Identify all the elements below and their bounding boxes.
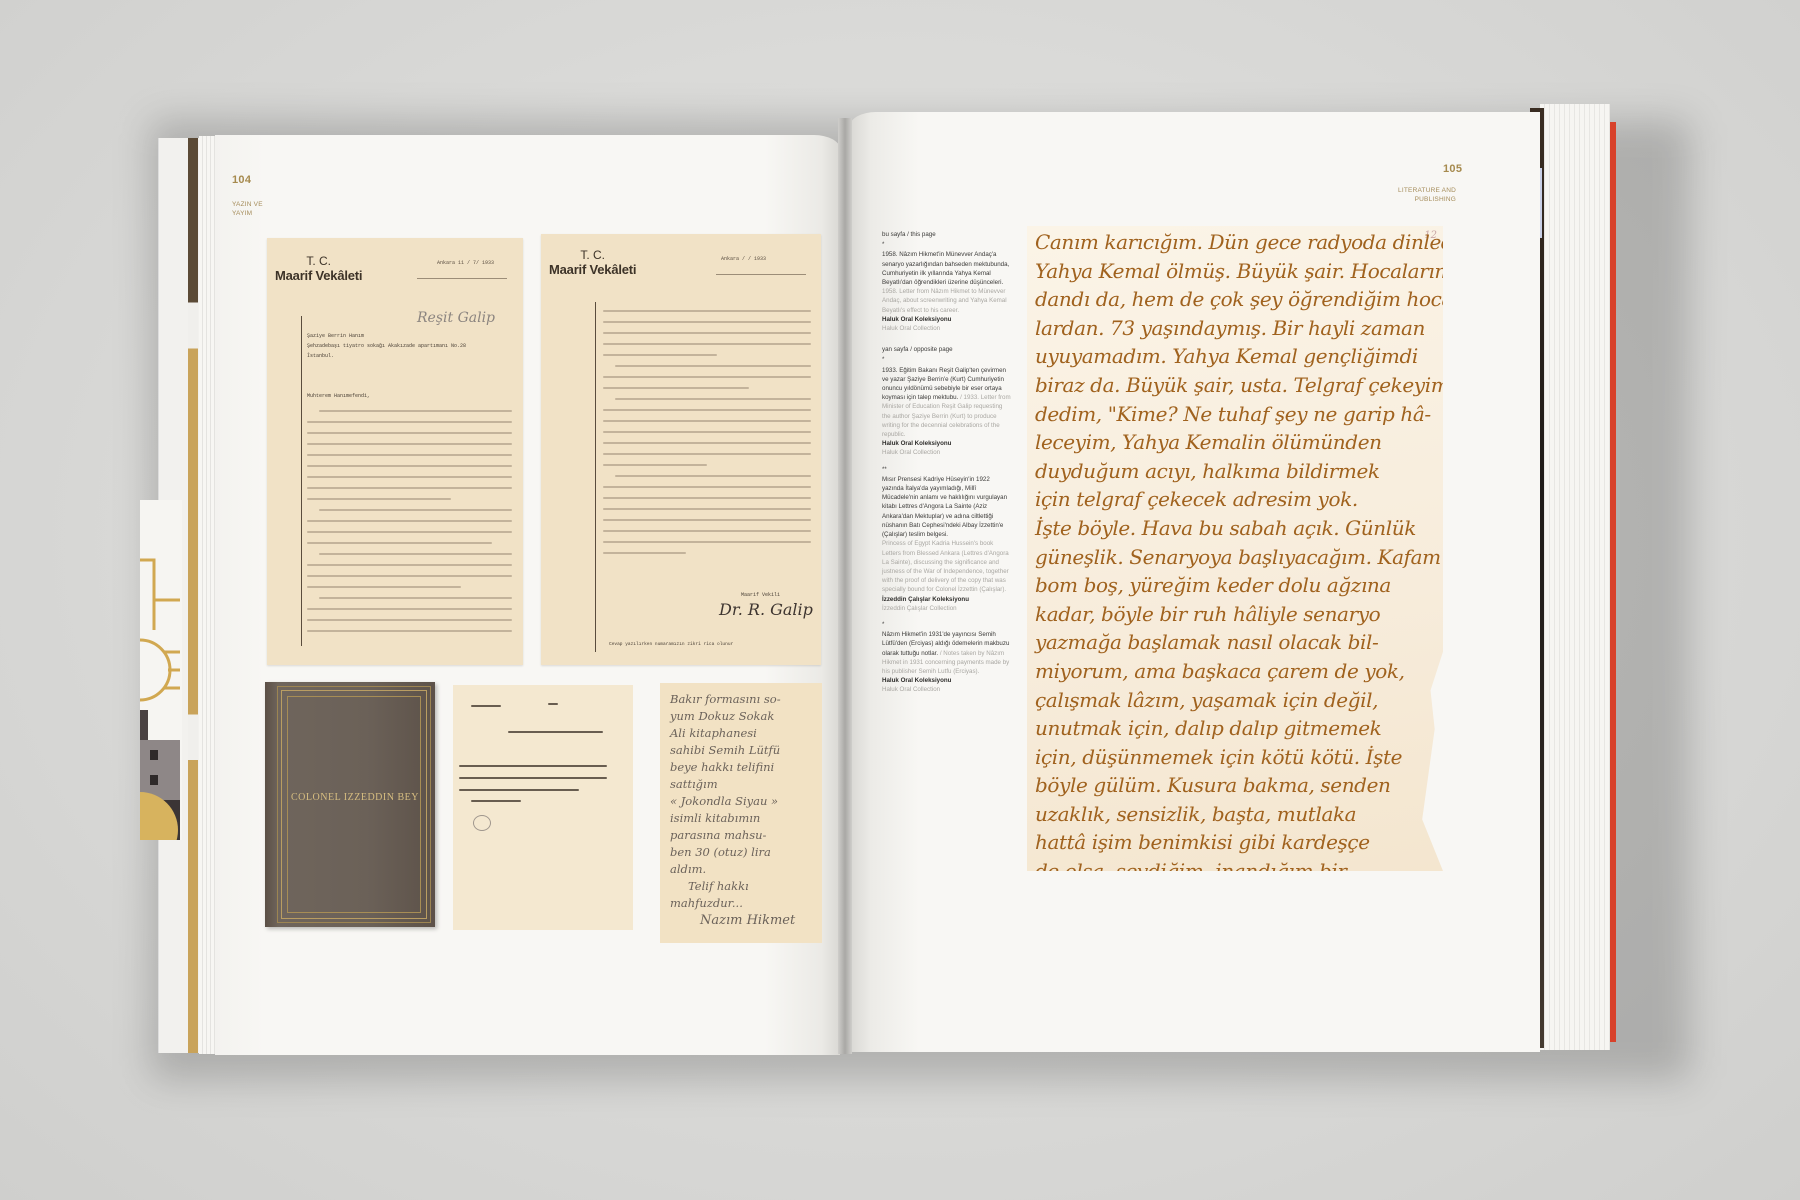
handwritten-line: bom boş, yüreğim keder dolu ağzına (1035, 571, 1439, 600)
margin-rule (595, 302, 596, 652)
salutation: Muhterem Hanımefendi, (307, 393, 370, 399)
handwritten-line: böyle gülüm. Kusura bakma, senden (1035, 771, 1439, 800)
caption-text-en: Princess of Egypt Kadria Hussein's book … (882, 539, 1012, 594)
note-line: Telif hakkı (670, 878, 814, 895)
document-nazim-pencil-note: Bakır formasını so- yum Dokuz Sokak Ali … (660, 683, 822, 943)
handwritten-line: yazmağa başlamak nasıl olacak bil- (1035, 628, 1439, 657)
pencil-note-text: Bakır formasını so- yum Dokuz Sokak Ali … (670, 691, 814, 929)
page-number-left: 104 (232, 174, 251, 186)
handwritten-line: biraz da. Büyük şair, usta. Telgraf çeke… (1035, 371, 1439, 400)
section-title-left-line1: YAZIN VE (232, 200, 263, 209)
addressee-line: Şaziye Berrin Hanım (307, 331, 466, 341)
pencil-annotation: Reşit Galip (417, 310, 495, 326)
right-page-stack (1540, 104, 1610, 1050)
caption-collection-tr: Haluk Oral Koleksiyonu (882, 315, 1012, 324)
handwritten-line: dandı da, hem de çok şey öğrendiğim hoca… (1035, 285, 1439, 314)
note-line: sattığım (670, 776, 814, 793)
caption-text-tr: Mısır Prensesi Kadriye Hüseyin'in 1922 y… (882, 475, 1012, 539)
caption-text-en: 1958. Letter from Nâzım Hikmet to Münevv… (882, 287, 1012, 315)
caption-collection-tr: Haluk Oral Koleksiyonu (882, 676, 1012, 685)
caption-collection-en: Haluk Oral Collection (882, 448, 1012, 457)
caption-collection-en: Haluk Oral Collection (882, 324, 1012, 333)
book-title: COLONEL IZZEDDIN BEY (265, 792, 435, 803)
signature: Dr. R. Galip (719, 600, 813, 619)
book-gutter (838, 118, 852, 1054)
handwritten-line: miyorum, ama başkaca çarem de yok, (1035, 657, 1439, 686)
note-line: Bakır formasını so- (670, 691, 814, 708)
caption-item: * 1933. Eğitim Bakanı Reşit Galip'ten çe… (882, 356, 1012, 457)
document-nazim-handwritten-letter: 12 Canım karıcığım. Dün gece radyoda din… (1027, 226, 1443, 871)
letterhead-tc: T. C. (275, 254, 362, 268)
caption-collection-en: İzzeddin Çalışlar Collection (882, 604, 1012, 613)
letterhead-ministry: Maarif Vekâleti (275, 268, 362, 283)
handwritten-line: İşte böyle. Hava bu sabah açık. Günlük (1035, 514, 1439, 543)
left-page-leaves (199, 136, 215, 1054)
caption-item: * Nâzım Hikmet'in 1931'de yayıncısı Semi… (882, 621, 1012, 695)
letter-ref-line (417, 272, 507, 279)
typed-body (603, 310, 811, 563)
caption-header: bu sayfa / this page (882, 230, 1012, 239)
margin-rule (301, 316, 302, 646)
caption-marker: * (882, 356, 1012, 365)
note-line: yum Dokuz Sokak (670, 708, 814, 725)
book-cover-colonel-izzeddin: COLONEL IZZEDDIN BEY (265, 682, 435, 927)
red-cover-edge (1610, 122, 1616, 1042)
handwritten-line: için, düşünmemek için kötü kötü. İşte (1035, 743, 1439, 772)
note-line: Ali kitaphanesi (670, 725, 814, 742)
handwritten-line: kadar, böyle bir ruh hâliyle senaryo (1035, 600, 1439, 629)
caption-collection-tr: Haluk Oral Koleksiyonu (882, 439, 1012, 448)
caption-marker: * (882, 621, 1012, 630)
handwritten-line: Yahya Kemal ölmüş. Büyük şair. Hocalarım… (1035, 257, 1439, 286)
caption-header: yan sayfa / opposite page (882, 345, 1012, 354)
book-gilt-frame-inner (287, 696, 421, 913)
letterhead-ministry: Maarif Vekâleti (549, 262, 636, 277)
page-number-right: 105 (1443, 163, 1462, 175)
section-title-left: YAZIN VE YAYIM (232, 200, 263, 218)
handwritten-line: güneşlik. Senaryoya başlıyacağım. Kafam (1035, 543, 1439, 572)
left-page-edge (188, 138, 198, 1053)
section-title-right: LITERATURE AND PUBLISHING (1380, 186, 1456, 204)
section-title-right-line2: PUBLISHING (1380, 195, 1456, 204)
caption-collection-tr: İzzeddin Çalışlar Koleksiyonu (882, 595, 1012, 604)
document-ottoman-receipt (453, 685, 633, 930)
note-line: beye hakkı telifini (670, 759, 814, 776)
note-line: mahfuzdur... (670, 895, 814, 912)
signoff-title: Maarif Vekili (741, 592, 780, 598)
handwritten-line: uzaklık, sensizlik, başta, mutlaka (1035, 800, 1439, 829)
note-line: aldım. (670, 861, 814, 878)
addressee-line: İstanbul. (307, 351, 466, 361)
letterhead: T. C. Maarif Vekâleti (549, 248, 636, 277)
handwritten-line: için telgraf çekecek adresim yok. (1035, 485, 1439, 514)
caption-marker: ** (882, 466, 1012, 475)
letter-ref-line (716, 268, 806, 275)
addressee-line: Şehzadebaşı tiyatro sokağı Akakızade apa… (307, 341, 466, 351)
section-title-right-line1: LITERATURE AND (1380, 186, 1456, 195)
addressee-block: Şaziye Berrin Hanım Şehzadebaşı tiyatro … (307, 331, 466, 361)
handwritten-line: lardan. 73 yaşındaymış. Bir hayli zaman (1035, 314, 1439, 343)
document-reset-galip-letter-2: T. C. Maarif Vekâleti Ankara / / 1933 Ma… (541, 234, 821, 665)
caption-this-page: bu sayfa / this page * 1958. Nâzım Hikme… (882, 230, 1012, 333)
note-line: ben 30 (otuz) lira (670, 844, 814, 861)
cover-illustration-peek (140, 500, 182, 840)
caption-column: bu sayfa / this page * 1958. Nâzım Hikme… (882, 230, 1012, 707)
handwritten-line: leceyim, Yahya Kemalin ölümünden (1035, 428, 1439, 457)
section-title-left-line2: YAYIM (232, 209, 263, 218)
handwritten-line: Canım karıcığım. Dün gece radyoda dinled… (1035, 228, 1439, 257)
caption-item: ** Mısır Prensesi Kadriye Hüseyin'in 192… (882, 466, 1012, 613)
note-line: parasına mahsu- (670, 827, 814, 844)
typed-body (307, 410, 512, 641)
handwritten-line: dedim, "Kime? Ne tuhaf şey ne garip hâ- (1035, 400, 1439, 429)
note-line: « Jokondla Siyau » (670, 793, 814, 810)
note-signature: Nazım Hikmet (670, 912, 814, 929)
handwritten-line: uyuyamadım. Yahya Kemal gençliğimdi (1035, 342, 1439, 371)
note-line: isimli kitabımın (670, 810, 814, 827)
caption-text-tr: 1958. Nâzım Hikmet'in Münevver Andaç'a s… (882, 250, 1012, 287)
letterhead: T. C. Maarif Vekâleti (275, 254, 362, 283)
handwritten-line: çalışmak lâzım, yaşamak için değil, (1035, 686, 1439, 715)
handwritten-line: hattâ işim benimkisi gibi kardeşçe (1035, 828, 1439, 857)
handwritten-line: unutmak için, dalıp dalıp gitmemek (1035, 714, 1439, 743)
document-reset-galip-letter-1: T. C. Maarif Vekâleti Ankara 11 / 7/ 193… (267, 238, 523, 665)
letter-date: Ankara / / 1933 (721, 256, 766, 262)
letterhead-tc: T. C. (549, 248, 636, 262)
caption-collection-en: Haluk Oral Collection (882, 685, 1012, 694)
letter-date: Ankara 11 / 7/ 1933 (437, 260, 494, 266)
note-line: sahibi Semih Lütfü (670, 742, 814, 759)
letter-footer: Cevap yazılırken numaramızın zikri rica … (609, 642, 733, 647)
caption-opposite-page: yan sayfa / opposite page * 1933. Eğitim… (882, 345, 1012, 694)
caption-marker: * (882, 241, 1012, 250)
handwritten-line: duyduğum acıyı, halkıma bildirmek (1035, 457, 1439, 486)
